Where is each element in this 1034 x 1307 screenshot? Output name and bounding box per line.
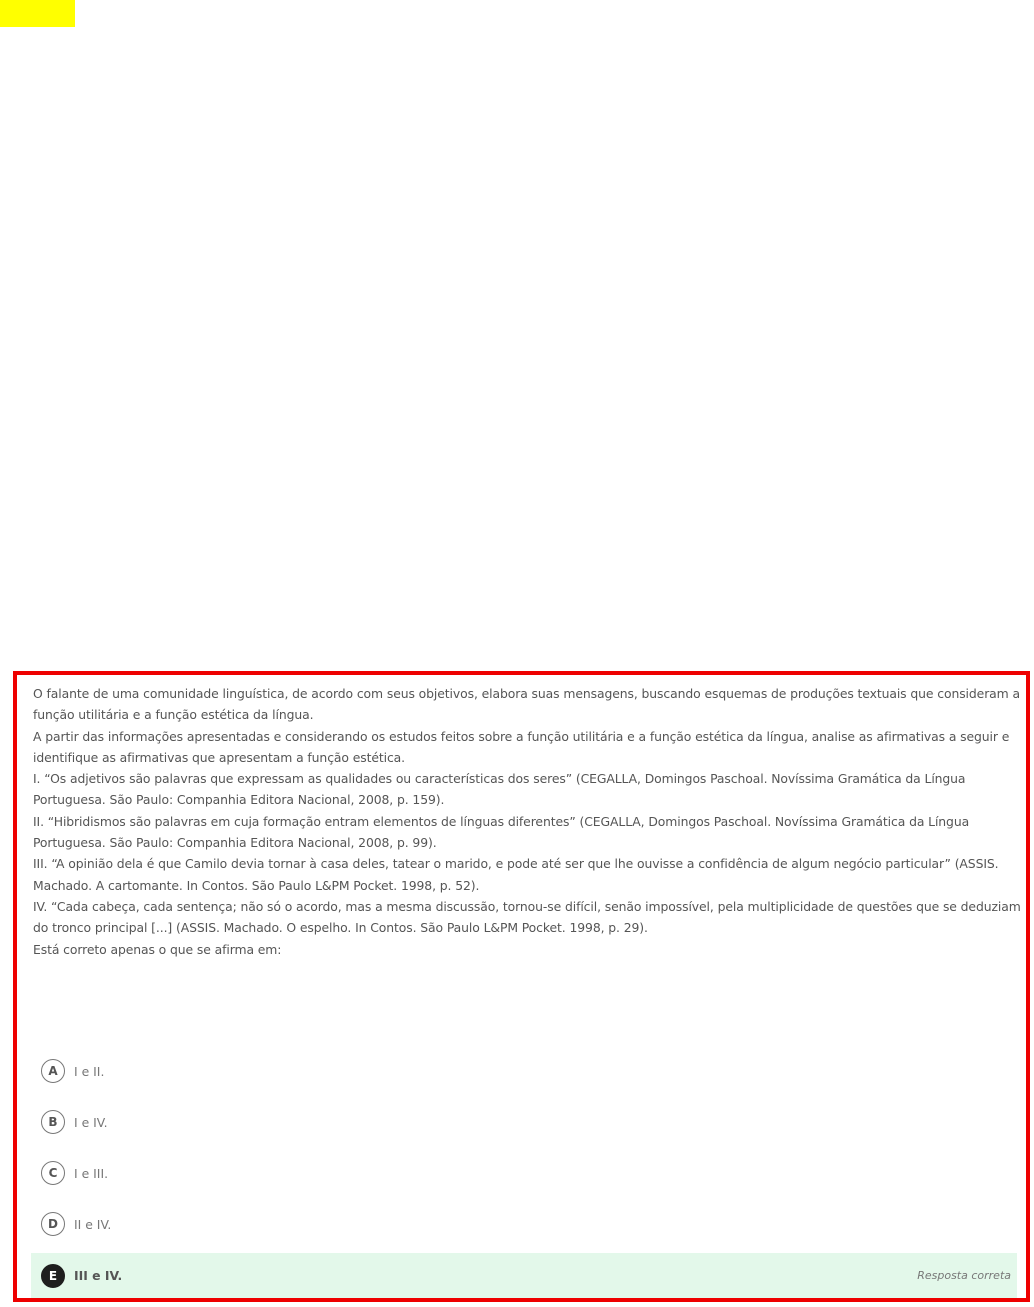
question-card: O falante de uma comunidade linguística,… bbox=[13, 671, 1030, 1302]
option-text: II e IV. bbox=[74, 1217, 111, 1232]
statement-instruction: A partir das informações apresentadas e … bbox=[33, 726, 1023, 769]
option-b[interactable]: B I e IV. bbox=[31, 1100, 1017, 1144]
option-text: I e III. bbox=[74, 1166, 108, 1181]
option-text: III e IV. bbox=[74, 1268, 122, 1283]
affirmative-ii: II. “Hibridismos são palavras em cuja fo… bbox=[33, 811, 1023, 854]
question-statement: O falante de uma comunidade linguística,… bbox=[33, 683, 1023, 960]
option-text: I e IV. bbox=[74, 1115, 108, 1130]
affirmative-iv: IV. “Cada cabeça, cada sentença; não só … bbox=[33, 896, 1023, 939]
option-letter-badge: B bbox=[41, 1110, 65, 1134]
correct-answer-label: Resposta correta bbox=[917, 1269, 1011, 1282]
option-e-correct[interactable]: E III e IV. Resposta correta bbox=[31, 1253, 1017, 1298]
question-prompt: Está correto apenas o que se afirma em: bbox=[33, 939, 1023, 960]
option-c[interactable]: C I e III. bbox=[31, 1151, 1017, 1195]
yellow-highlight-block bbox=[0, 0, 75, 27]
affirmative-iii: III. “A opinião dela é que Camilo devia … bbox=[33, 853, 1023, 896]
option-letter-badge: C bbox=[41, 1161, 65, 1185]
option-letter-badge: D bbox=[41, 1212, 65, 1236]
option-text: I e II. bbox=[74, 1064, 104, 1079]
option-letter-badge: A bbox=[41, 1059, 65, 1083]
option-d[interactable]: D II e IV. bbox=[31, 1202, 1017, 1246]
statement-intro: O falante de uma comunidade linguística,… bbox=[33, 683, 1023, 726]
affirmative-i: I. “Os adjetivos são palavras que expres… bbox=[33, 768, 1023, 811]
option-letter-badge-selected: E bbox=[41, 1264, 65, 1288]
answer-options: A I e II. B I e IV. C I e III. D II e IV… bbox=[31, 1049, 1017, 1305]
option-a[interactable]: A I e II. bbox=[31, 1049, 1017, 1093]
